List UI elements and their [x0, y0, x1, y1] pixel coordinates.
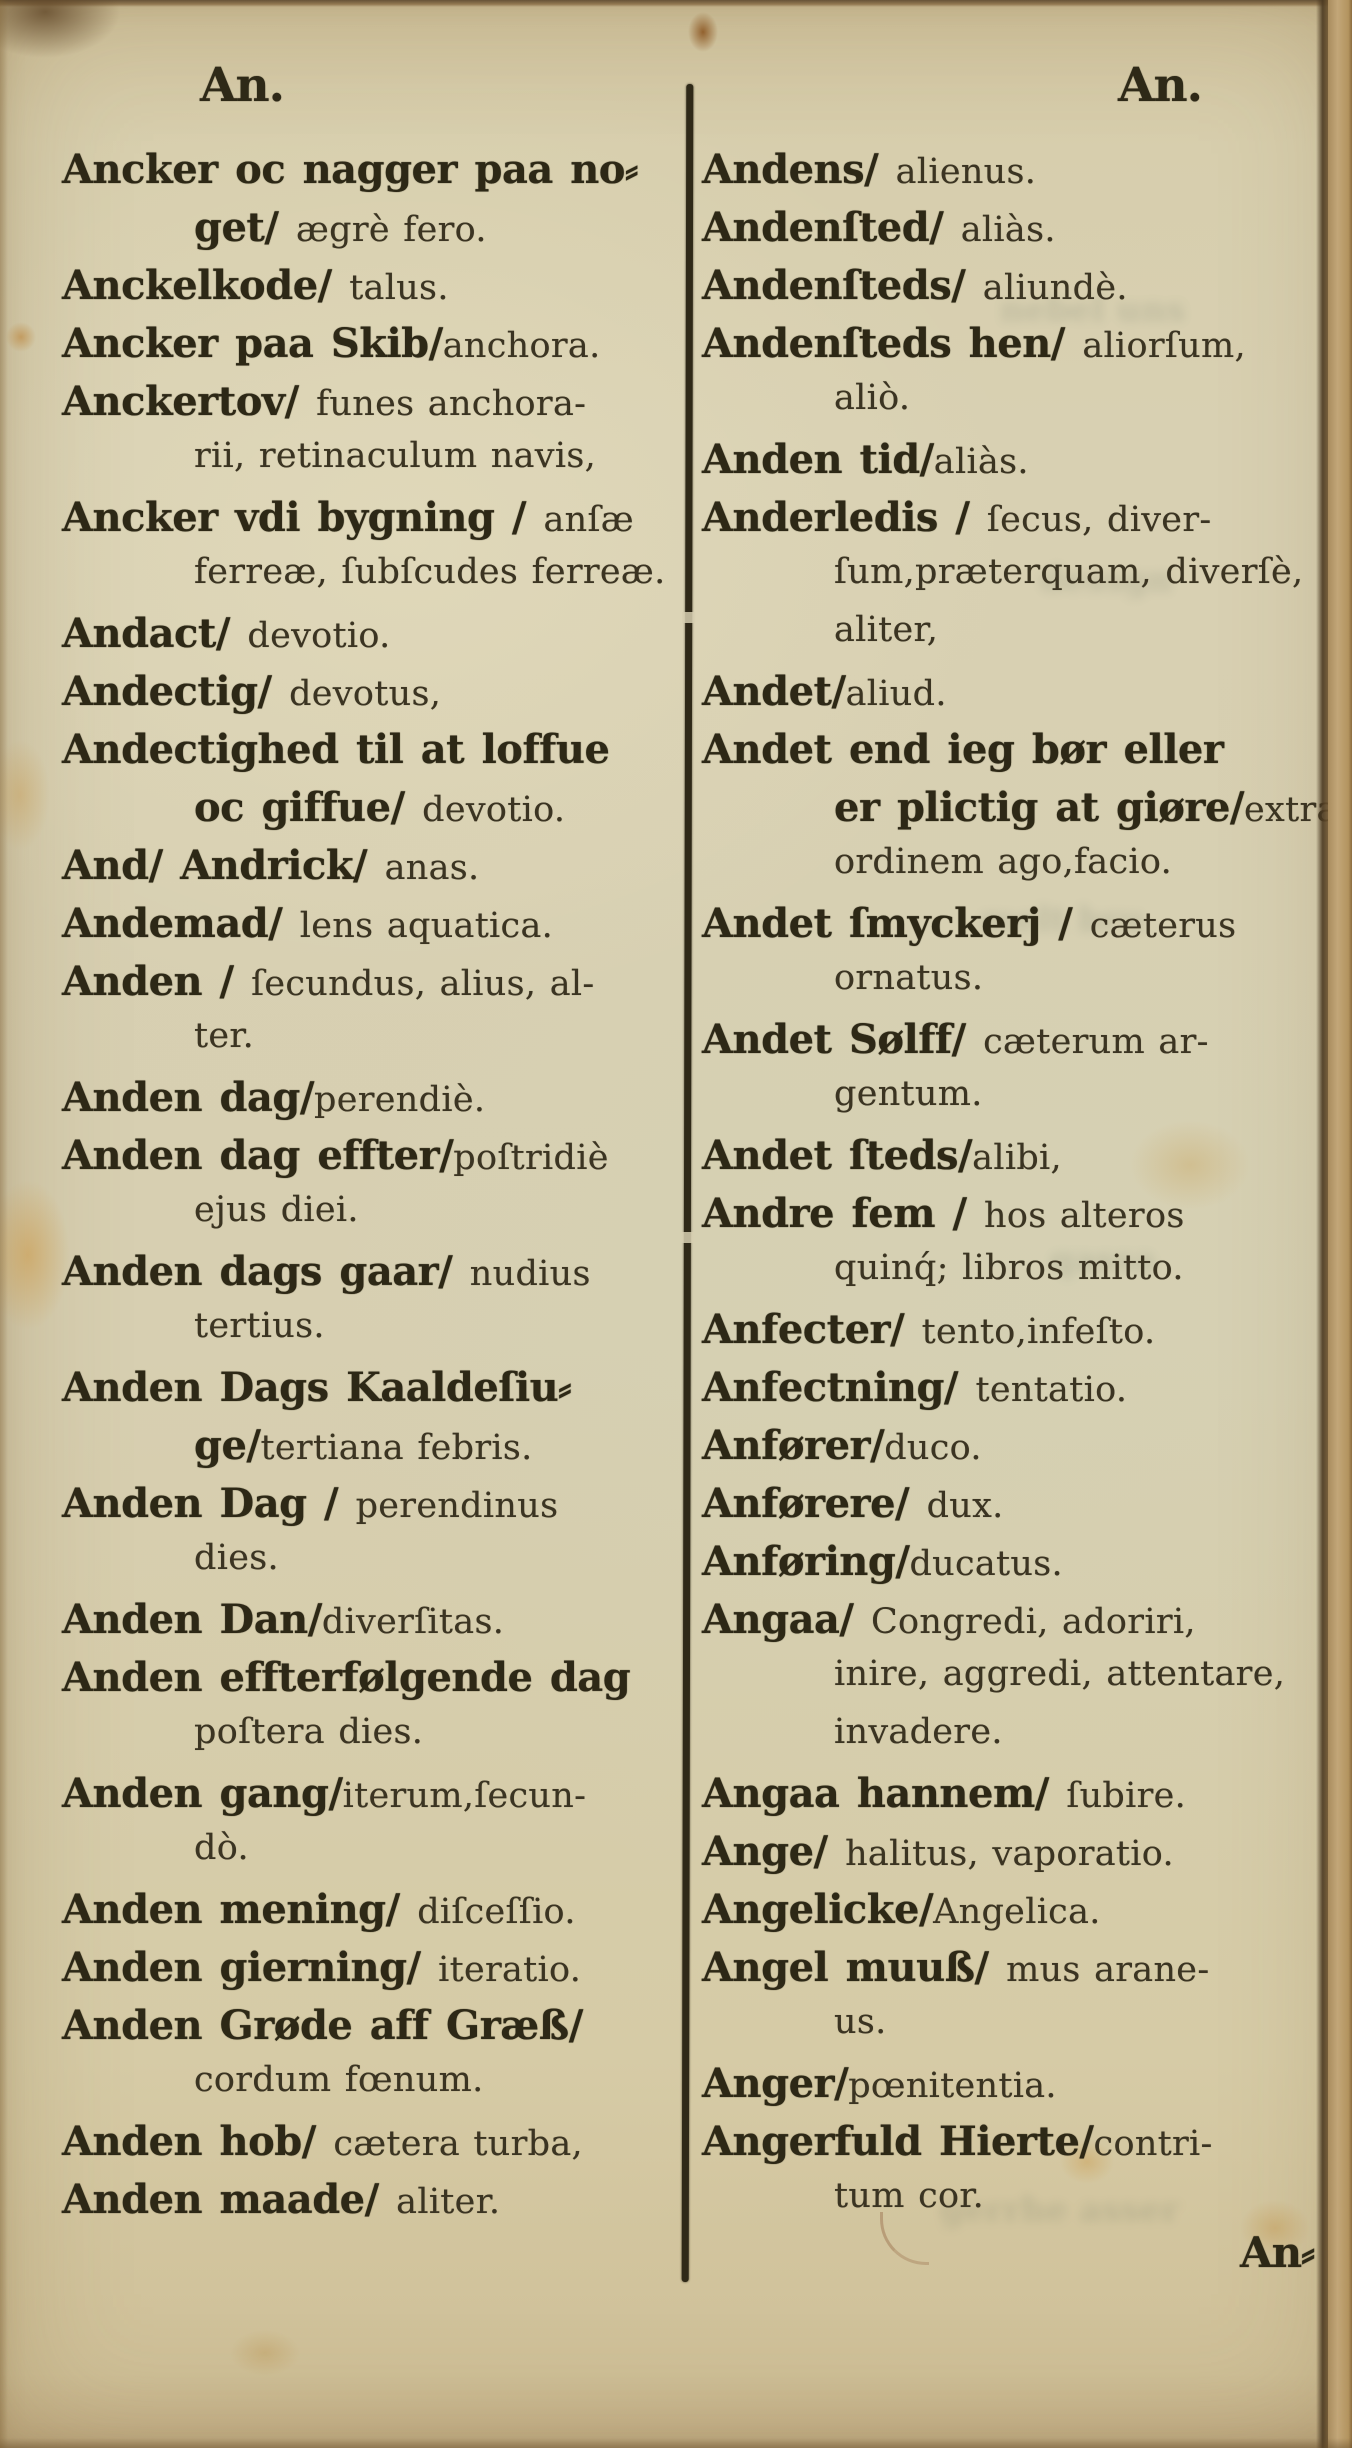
entry-line: poſtera dies. — [62, 1712, 680, 1770]
headword-text: Angel muuß/ — [702, 1944, 1006, 1991]
latin-gloss-text: tentatio. — [975, 1370, 1127, 1410]
entry-line: dies. — [62, 1538, 680, 1596]
dictionary-column-right: Andens/ alienus.Andenſted/ aliàs.Andenſt… — [702, 146, 1338, 2234]
latin-gloss-text: poſtera dies. — [194, 1712, 423, 1752]
latin-gloss-text: ſecundus, alius, al- — [251, 964, 594, 1004]
headword-text: Andenſteds/ — [702, 262, 983, 309]
entry-line: And/ Andrick/ anas. — [62, 842, 680, 900]
latin-gloss-text: rii, retinaculum navis, — [194, 436, 596, 476]
latin-gloss-text: duco. — [884, 1428, 982, 1468]
entry-line: Andenſteds hen/ aliorſum, — [702, 320, 1338, 378]
latin-gloss-text: devotio. — [247, 616, 390, 656]
latin-gloss-text: halitus, vaporatio. — [845, 1834, 1174, 1874]
entry-line: quinq́; libros mitto. — [702, 1248, 1338, 1306]
entry-line: Anfører/duco. — [702, 1422, 1338, 1480]
entry-line: cordum fœnum. — [62, 2060, 680, 2118]
entry-line: ornatus. — [702, 958, 1338, 1016]
page-edge-ridge — [1316, 0, 1328, 2448]
latin-gloss-text: gentum. — [834, 1074, 983, 1114]
column-rule-gap — [681, 1232, 694, 1243]
entry-line: Andectig/ devotus, — [62, 668, 680, 726]
entry-line: dò. — [62, 1828, 680, 1886]
headword-text: Anden gierning/ — [62, 1944, 438, 1991]
headword-text: Angerfuld Hierte/ — [702, 2118, 1094, 2165]
headword-text: Andre fem / — [702, 1190, 984, 1237]
latin-gloss-text: ſubire. — [1066, 1776, 1186, 1816]
latin-gloss-text: aliud. — [846, 674, 947, 714]
latin-gloss-text: ægrè fero. — [296, 210, 487, 250]
latin-gloss-text: talus. — [349, 268, 449, 308]
headword-text: get/ — [194, 204, 296, 251]
page-edge-bottom — [0, 2438, 1352, 2448]
entry-line: aliò. — [702, 378, 1338, 436]
latin-gloss-text: aliorſum, — [1082, 326, 1246, 366]
entry-line: oc giffue/ devotio. — [62, 784, 680, 842]
latin-gloss-text: cæterus — [1090, 906, 1237, 946]
entry-line: ejus diei. — [62, 1190, 680, 1248]
entry-line: Andre fem / hos alteros — [702, 1190, 1338, 1248]
latin-gloss-text: aliter. — [396, 2182, 500, 2222]
headword-text: Anden Grøde aff Græß/ — [62, 2002, 583, 2049]
latin-gloss-text: tento,infeſto. — [922, 1312, 1156, 1352]
entry-line: tertius. — [62, 1306, 680, 1364]
headword-text: Andet ſmyckerj / — [702, 900, 1090, 947]
entry-line: Angaa/ Congredi, adoriri, — [702, 1596, 1338, 1654]
latin-gloss-text: aliàs. — [934, 442, 1029, 482]
latin-gloss-text: diſceſſio. — [417, 1892, 576, 1932]
latin-gloss-text: pœnitentia. — [848, 2066, 1057, 2106]
entry-line: Andet end ieg bør eller — [702, 726, 1338, 784]
latin-gloss-text: aliò. — [834, 378, 910, 418]
entry-line: Andectighed til at loffue — [62, 726, 680, 784]
entry-line: Andemad/ lens aquatica. — [62, 900, 680, 958]
entry-line: Anden tid/aliàs. — [702, 436, 1338, 494]
latin-gloss-text: us. — [834, 2002, 887, 2042]
headword-text: Andact/ — [62, 610, 247, 657]
page-edge-strip — [1328, 0, 1352, 2448]
latin-gloss-text: ordinem ago,facio. — [834, 842, 1172, 882]
latin-gloss-text: alienus. — [896, 152, 1037, 192]
headword-text: Anden dags gaar/ — [62, 1248, 470, 1295]
entry-line: aliter, — [702, 610, 1338, 668]
latin-gloss-text: Angelica. — [933, 1892, 1101, 1932]
headword-text: Ancker oc nagger paa no⸗ — [62, 146, 638, 193]
headword-text: Andet/ — [702, 668, 846, 715]
headword-text: oc giffue/ — [194, 784, 422, 831]
entry-line: Ancker oc nagger paa no⸗ — [62, 146, 680, 204]
entry-line: Ancker paa Skib/anchora. — [62, 320, 680, 378]
headword-text: Andemad/ — [62, 900, 300, 947]
entry-line: Andenſteds/ aliundè. — [702, 262, 1338, 320]
entry-line: invadere. — [702, 1712, 1338, 1770]
latin-gloss-text: inire, aggredi, attentare, — [834, 1654, 1285, 1694]
entry-line: us. — [702, 2002, 1338, 2060]
entry-line: Anden hob/ cætera turba, — [62, 2118, 680, 2176]
headword-text: Anden / — [62, 958, 251, 1005]
latin-gloss-text: devotio. — [422, 790, 565, 830]
headword-text: Anden effterfølgende dag — [62, 1654, 630, 1701]
dictionary-column-left: Ancker oc nagger paa no⸗get/ ægrè fero.A… — [62, 146, 680, 2234]
latin-gloss-text: alibi, — [972, 1138, 1062, 1178]
latin-gloss-text: quinq́; libros mitto. — [834, 1248, 1184, 1288]
latin-gloss-text: tertius. — [194, 1306, 325, 1346]
latin-gloss-text: devotus, — [289, 674, 441, 714]
latin-gloss-text: contri- — [1094, 2124, 1213, 2164]
headword-text: Anden hob/ — [62, 2118, 333, 2165]
entry-line: Angel muuß/ mus arane- — [702, 1944, 1338, 2002]
latin-gloss-text: lens aquatica. — [300, 906, 553, 946]
latin-gloss-text: hos alteros — [984, 1196, 1185, 1236]
entry-line: Andens/ alienus. — [702, 146, 1338, 204]
headword-text: Anckertov/ — [62, 378, 316, 425]
headword-text: Andet Sølff/ — [702, 1016, 983, 1063]
entry-line: Angerfuld Hierte/contri- — [702, 2118, 1338, 2176]
latin-gloss-text: tum cor. — [834, 2176, 984, 2216]
scanned-dictionary-page: { "page": { "headers": { "left": "An.", … — [0, 0, 1352, 2448]
entry-line: Ancker vdi bygning / anſæ — [62, 494, 680, 552]
headword-text: Andectighed til at loffue — [62, 726, 609, 773]
entry-line: Andenſted/ aliàs. — [702, 204, 1338, 262]
headword-text: Anderledis / — [702, 494, 987, 541]
entry-line: ordinem ago,facio. — [702, 842, 1338, 900]
entry-line: Anden Grøde aff Græß/ — [62, 2002, 680, 2060]
latin-gloss-text: diverſitas. — [322, 1602, 504, 1642]
page-edge-left — [0, 0, 8, 2448]
entry-line: ſum,præterquam, diverſè, — [702, 552, 1338, 610]
latin-gloss-text: perendiè. — [314, 1080, 485, 1120]
latin-gloss-text: aliàs. — [961, 210, 1056, 250]
latin-gloss-text: dò. — [194, 1828, 249, 1868]
headword-text: Andet end ieg bør eller — [702, 726, 1223, 773]
headword-text: And/ Andrick/ — [62, 842, 385, 889]
latin-gloss-text: Congredi, adoriri, — [871, 1602, 1196, 1642]
running-header-left: An. — [200, 58, 284, 113]
entry-line: Andact/ devotio. — [62, 610, 680, 668]
entry-line: Anden maade/ aliter. — [62, 2176, 680, 2234]
entry-line: inire, aggredi, attentare, — [702, 1654, 1338, 1712]
entry-line: Anden gierning/ iteratio. — [62, 1944, 680, 2002]
latin-gloss-text: cordum fœnum. — [194, 2060, 484, 2100]
latin-gloss-text: dies. — [194, 1538, 279, 1578]
headword-text: Anden Dag / — [62, 1480, 356, 1527]
latin-gloss-text: iterum,ſecun- — [343, 1776, 587, 1816]
entry-line: gentum. — [702, 1074, 1338, 1132]
entry-line: get/ ægrè fero. — [62, 204, 680, 262]
entry-line: ge/tertiana febris. — [62, 1422, 680, 1480]
headword-text: Anfectning/ — [702, 1364, 975, 1411]
entry-line: Andet ſteds/alibi, — [702, 1132, 1338, 1190]
latin-gloss-text: cætera turba, — [333, 2124, 583, 2164]
headword-text: Andenſted/ — [702, 204, 961, 251]
latin-gloss-text: ſum,præterquam, diverſè, — [834, 552, 1303, 592]
headword-text: Anførere/ — [702, 1480, 927, 1527]
latin-gloss-text: tertiana febris. — [261, 1428, 533, 1468]
headword-text: Anden dag/ — [62, 1074, 314, 1121]
headword-text: Anger/ — [702, 2060, 848, 2107]
latin-gloss-text: invadere. — [834, 1712, 1003, 1752]
entry-line: Anckertov/ funes anchora- — [62, 378, 680, 436]
entry-line: Anckelkode/ talus. — [62, 262, 680, 320]
headword-text: Anføring/ — [702, 1538, 909, 1585]
entry-line: Anden dag effter/poſtridiè — [62, 1132, 680, 1190]
latin-gloss-text: poſtridiè — [453, 1138, 608, 1178]
entry-line: Anfecter/ tento,infeſto. — [702, 1306, 1338, 1364]
headword-text: Angelicke/ — [702, 1886, 933, 1933]
headword-text: Andet ſteds/ — [702, 1132, 972, 1179]
entry-line: Anden mening/ diſceſſio. — [62, 1886, 680, 1944]
latin-gloss-text: cæterum ar- — [983, 1022, 1209, 1062]
latin-gloss-text: mus arane- — [1006, 1950, 1209, 1990]
latin-gloss-text: iteratio. — [438, 1950, 581, 1990]
entry-line: Andet/aliud. — [702, 668, 1338, 726]
headword-text: Anckelkode/ — [62, 262, 349, 309]
latin-gloss-text: ejus diei. — [194, 1190, 359, 1230]
entry-line: Anførere/ dux. — [702, 1480, 1338, 1538]
latin-gloss-text: ducatus. — [909, 1544, 1063, 1584]
entry-line: Ange/ halitus, vaporatio. — [702, 1828, 1338, 1886]
catchword: An⸗ — [1240, 2228, 1314, 2278]
headword-text: Ancker paa Skib/ — [62, 320, 443, 367]
latin-gloss-text: anas. — [385, 848, 480, 888]
latin-gloss-text: ferreæ, ſubſcudes ferreæ. — [194, 552, 666, 592]
headword-text: ge/ — [194, 1422, 261, 1469]
headword-text: Anfecter/ — [702, 1306, 922, 1353]
latin-gloss-text: dux. — [927, 1486, 1004, 1526]
entry-line: tum cor. — [702, 2176, 1338, 2234]
latin-gloss-text: aliter, — [834, 610, 938, 650]
entry-line: Anden gang/iterum,ſecun- — [62, 1770, 680, 1828]
entry-line: rii, retinaculum navis, — [62, 436, 680, 494]
latin-gloss-text: aliundè. — [983, 268, 1128, 308]
column-rule-gap — [682, 612, 695, 623]
entry-line: Anden Dan/diverſitas. — [62, 1596, 680, 1654]
entry-line: Anden dag/perendiè. — [62, 1074, 680, 1132]
headword-text: Anden maade/ — [62, 2176, 396, 2223]
entry-line: er plictig at giøre/extra — [702, 784, 1338, 842]
entry-line: Andet Sølff/ cæterum ar- — [702, 1016, 1338, 1074]
entry-line: Anger/pœnitentia. — [702, 2060, 1338, 2118]
entry-line: Anden dags gaar/ nudius — [62, 1248, 680, 1306]
headword-text: Ange/ — [702, 1828, 845, 1875]
entry-line: Anføring/ducatus. — [702, 1538, 1338, 1596]
latin-gloss-text: ornatus. — [834, 958, 983, 998]
entry-line: Andet ſmyckerj / cæterus — [702, 900, 1338, 958]
headword-text: Andenſteds hen/ — [702, 320, 1082, 367]
entry-line: Anden Dag / perendinus — [62, 1480, 680, 1538]
latin-gloss-text: ſecus, diver- — [987, 500, 1212, 540]
headword-text: Angaa hannem/ — [702, 1770, 1066, 1817]
latin-gloss-text: perendinus — [356, 1486, 559, 1526]
headword-text: er plictig at giøre/ — [834, 784, 1244, 831]
latin-gloss-text: ter. — [194, 1016, 254, 1056]
headword-text: Anden dag effter/ — [62, 1132, 453, 1179]
headword-text: Anden gang/ — [62, 1770, 343, 1817]
headword-text: Andectig/ — [62, 668, 289, 715]
entry-line: Angaa hannem/ ſubire. — [702, 1770, 1338, 1828]
entry-line: Anden / ſecundus, alius, al- — [62, 958, 680, 1016]
latin-gloss-text: funes anchora- — [316, 384, 586, 424]
headword-text: Ancker vdi bygning / — [62, 494, 543, 541]
running-header-right: An. — [1118, 58, 1202, 113]
entry-line: Anfectning/ tentatio. — [702, 1364, 1338, 1422]
entry-line: ferreæ, ſubſcudes ferreæ. — [62, 552, 680, 610]
page-edge-top — [0, 0, 1352, 7]
headword-text: Angaa/ — [702, 1596, 871, 1643]
headword-text: Anfører/ — [702, 1422, 884, 1469]
entry-line: Anderledis / ſecus, diver- — [702, 494, 1338, 552]
latin-gloss-text: anſæ — [543, 500, 633, 540]
latin-gloss-text: anchora. — [443, 326, 601, 366]
headword-text: Anden mening/ — [62, 1886, 417, 1933]
entry-line: Angelicke/Angelica. — [702, 1886, 1338, 1944]
headword-text: Anden Dags Kaaldeſiu⸗ — [62, 1364, 571, 1411]
headword-text: Anden tid/ — [702, 436, 934, 483]
entry-line: Anden Dags Kaaldeſiu⸗ — [62, 1364, 680, 1422]
latin-gloss-text: nudius — [470, 1254, 591, 1294]
entry-line: ter. — [62, 1016, 680, 1074]
headword-text: Andens/ — [702, 146, 896, 193]
headword-text: Anden Dan/ — [62, 1596, 322, 1643]
entry-line: Anden effterfølgende dag — [62, 1654, 680, 1712]
